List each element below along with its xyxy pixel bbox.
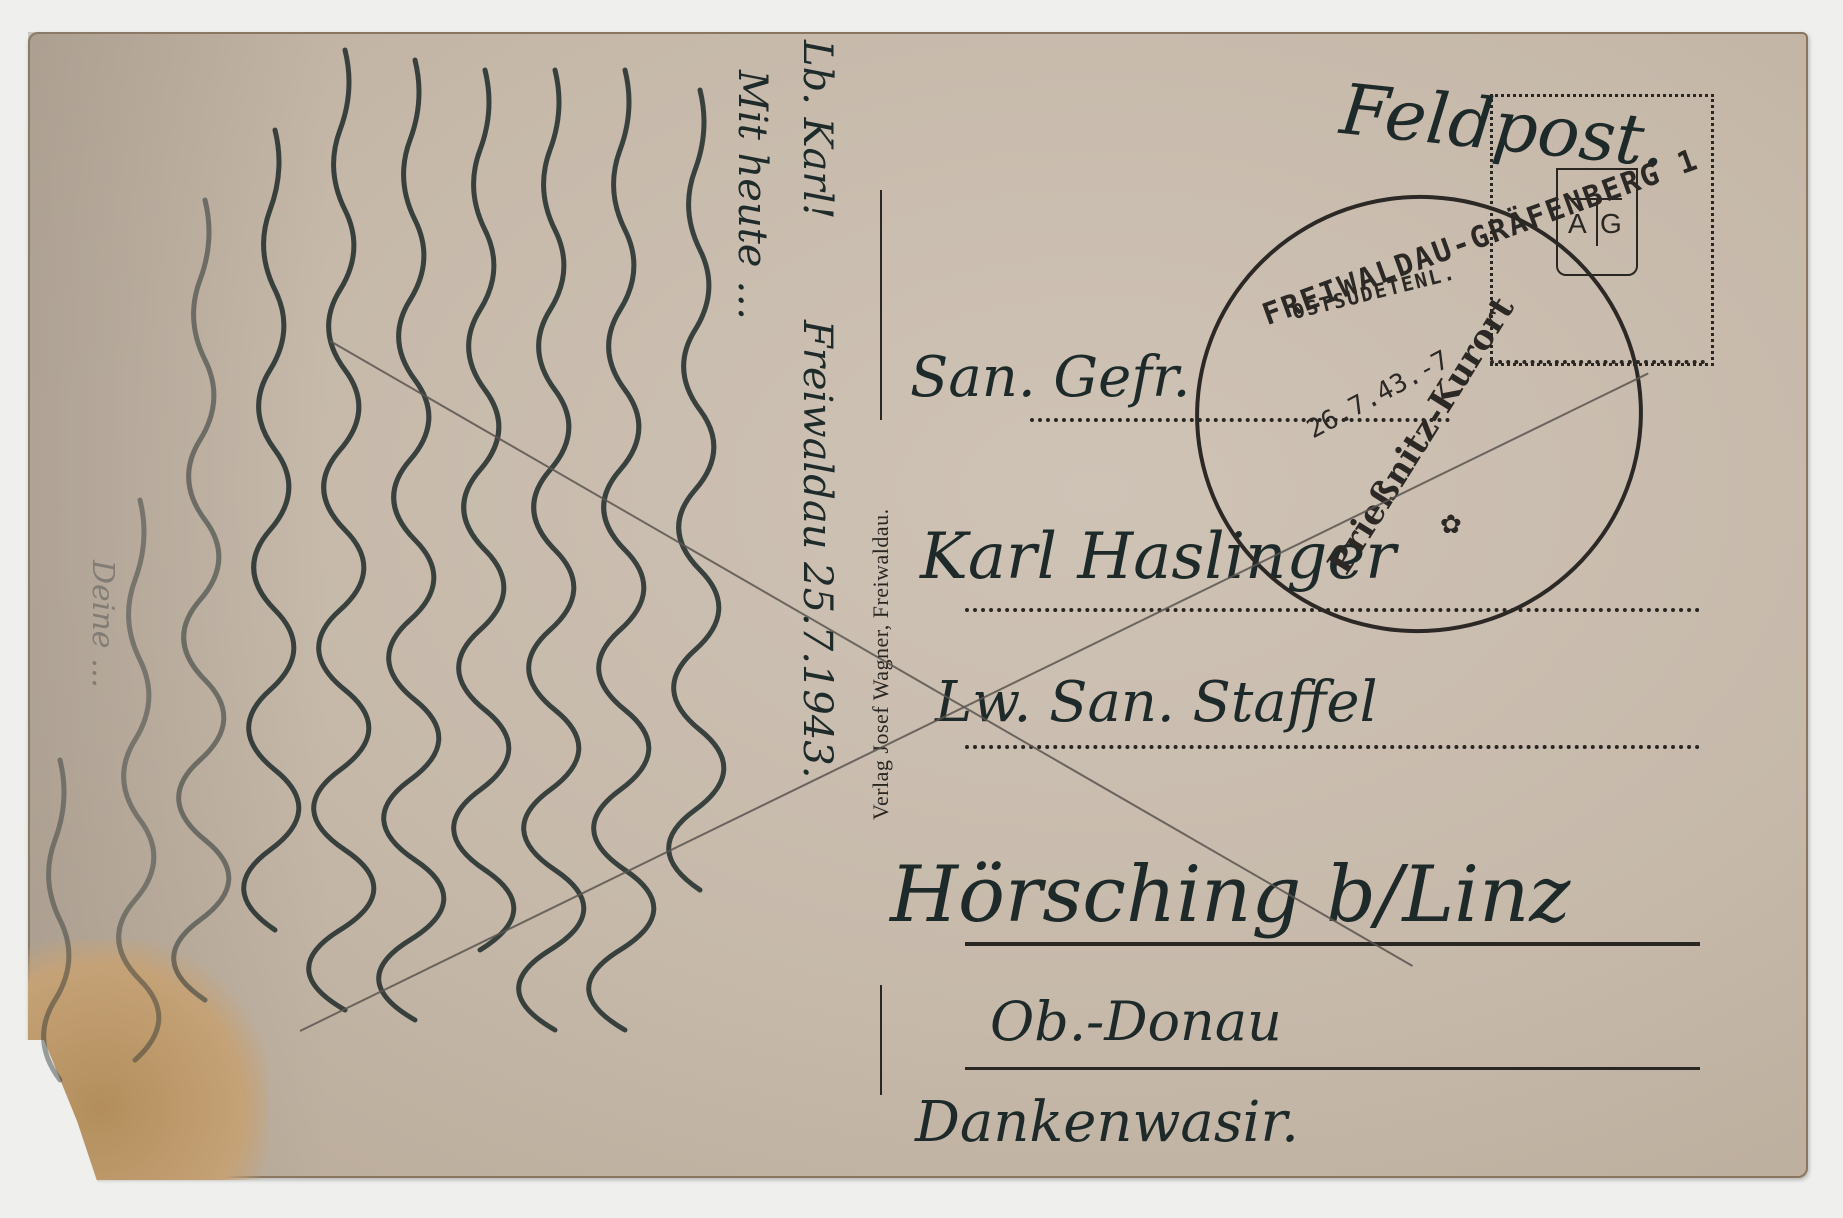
address-line-5 [965, 1067, 1700, 1070]
address-line-4 [965, 942, 1700, 946]
recipient-unit: Lw. San. Staffel [935, 670, 1377, 735]
recipient-rank: San. Gefr. [910, 345, 1190, 410]
recipient-city: Hörsching b/Linz [890, 850, 1570, 940]
divider-segment [880, 985, 882, 1095]
divider-segment [880, 190, 882, 420]
recipient-region: Ob.-Donau [990, 990, 1282, 1053]
recipient-street: Dankenwasir. [915, 1090, 1299, 1155]
address-line-3 [965, 745, 1700, 749]
postmark-flower-icon: ✿ [1440, 510, 1462, 540]
